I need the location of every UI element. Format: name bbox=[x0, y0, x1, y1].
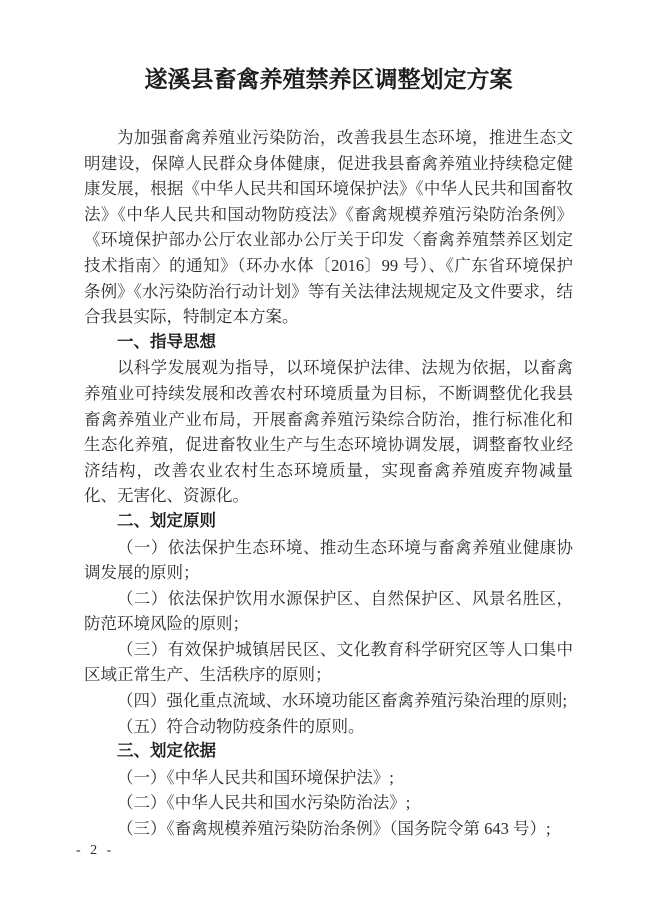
paragraph-basis-3: （三）《畜禽规模养殖污染防治条例》（国务院令第 643 号）; bbox=[84, 816, 573, 842]
section-heading-guiding-ideology: 一、指导思想 bbox=[84, 330, 573, 356]
section-heading-basis: 三、划定依据 bbox=[84, 739, 573, 765]
document-title: 遂溪县畜禽养殖禁养区调整划定方案 bbox=[84, 62, 573, 98]
paragraph-intro: 为加强畜禽养殖业污染防治，改善我县生态环境，推进生态文明建设，保障人民群众身体健… bbox=[84, 125, 573, 330]
paragraph-principle-3: （三）有效保护城镇居民区、文化教育科学研究区等人口集中区域正常生产、生活秩序的原… bbox=[84, 637, 573, 688]
paragraph-basis-2: （二）《中华人民共和国水污染防治法》; bbox=[84, 790, 573, 816]
section-heading-principles: 二、划定原则 bbox=[84, 509, 573, 535]
paragraph-guiding-ideology: 以科学发展观为指导，以环境保护法律、法规为依据，以畜禽养殖业可持续发展和改善农村… bbox=[84, 355, 573, 509]
paragraph-principle-1: （一）依法保护生态环境、推动生态环境与畜禽养殖业健康协调发展的原则； bbox=[84, 535, 573, 586]
page-number: - 2 - bbox=[76, 843, 114, 859]
document-page: 遂溪县畜禽养殖禁养区调整划定方案 为加强畜禽养殖业污染防治，改善我县生态环境，推… bbox=[0, 0, 645, 905]
paragraph-principle-4: （四）强化重点流域、水环境功能区畜禽养殖污染治理的原则; bbox=[84, 688, 573, 714]
paragraph-basis-1: （一）《中华人民共和国环境保护法》; bbox=[84, 765, 573, 791]
paragraph-principle-5: （五）符合动物防疫条件的原则。 bbox=[84, 714, 573, 740]
paragraph-principle-2: （二）依法保护饮用水源保护区、自然保护区、风景名胜区，防范环境风险的原则； bbox=[84, 586, 573, 637]
